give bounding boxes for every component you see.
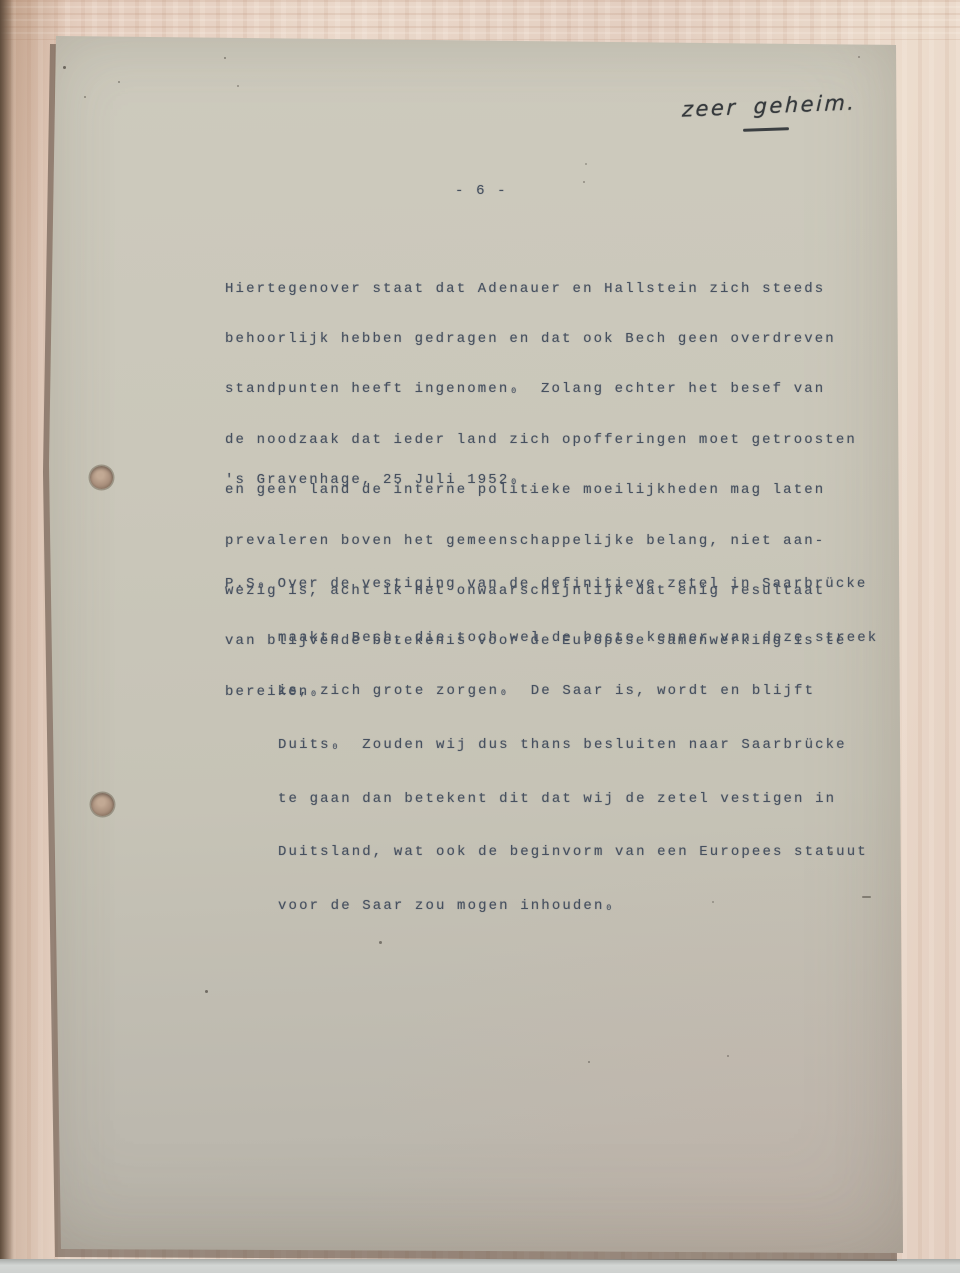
paper-speck <box>585 163 587 165</box>
paper-speck <box>830 851 833 854</box>
dateline: 's Gravenhage, 25 Juli 1952₀ <box>225 472 520 489</box>
postscript-line: P.S₀ Over de vestiging van de definitiev… <box>225 576 878 594</box>
paper-speck <box>588 1061 590 1063</box>
postscript-line: maakte Bech, die toch wel de beste kenne… <box>278 630 878 648</box>
postscript-line: te gaan dan betekent dit dat wij de zete… <box>278 791 878 809</box>
punch-hole-bottom <box>91 793 114 816</box>
document-scan: zeer geheim. - 6 - Hiertegenover staat d… <box>0 0 960 1273</box>
postscript-line: Duitsland, wat ook de beginvorm van een … <box>278 844 878 862</box>
paper-speck <box>63 66 66 69</box>
postscript-line: Duits₀ Zouden wij dus thans besluiten na… <box>278 737 878 755</box>
paper-speck <box>224 57 226 59</box>
postscript-line: voor de Saar zou mogen inhouden₀ <box>278 898 878 916</box>
paragraph-line: Hiertegenover staat dat Adenauer en Hall… <box>225 281 857 298</box>
postscript-line: is, zich grote zorgen₀ De Saar is, wordt… <box>278 683 878 701</box>
paper-sheet: zeer geheim. - 6 - Hiertegenover staat d… <box>44 32 906 1258</box>
paper-speck <box>118 81 120 83</box>
classification-underline <box>743 127 789 131</box>
paper-speck <box>237 85 239 87</box>
handwritten-classification: zeer geheim. <box>682 90 857 121</box>
paper-speck <box>712 901 714 903</box>
paper-speck <box>583 181 585 183</box>
paper-speck <box>862 896 871 898</box>
page-number: - 6 - <box>455 183 508 200</box>
punch-hole-top <box>90 466 113 489</box>
paper-speck <box>205 990 208 993</box>
paragraph-line: behoorlijk hebben gedragen en dat ook Be… <box>225 331 857 348</box>
scanner-bed-strip <box>0 1259 960 1273</box>
desk-edge-shadow <box>0 0 14 1273</box>
postscript: P.S₀ Over de vestiging van de definitiev… <box>225 540 878 952</box>
paragraph-line: de noodzaak dat ieder land zich opofferi… <box>225 432 857 449</box>
wood-grain-top <box>0 0 960 40</box>
paper-speck <box>84 96 86 98</box>
paper-speck <box>727 1055 729 1057</box>
paper-speck <box>858 56 860 58</box>
paragraph-line: standpunten heeft ingenomen₀ Zolang echt… <box>225 381 857 398</box>
paper-speck <box>530 489 532 491</box>
paper-speck <box>379 941 382 944</box>
